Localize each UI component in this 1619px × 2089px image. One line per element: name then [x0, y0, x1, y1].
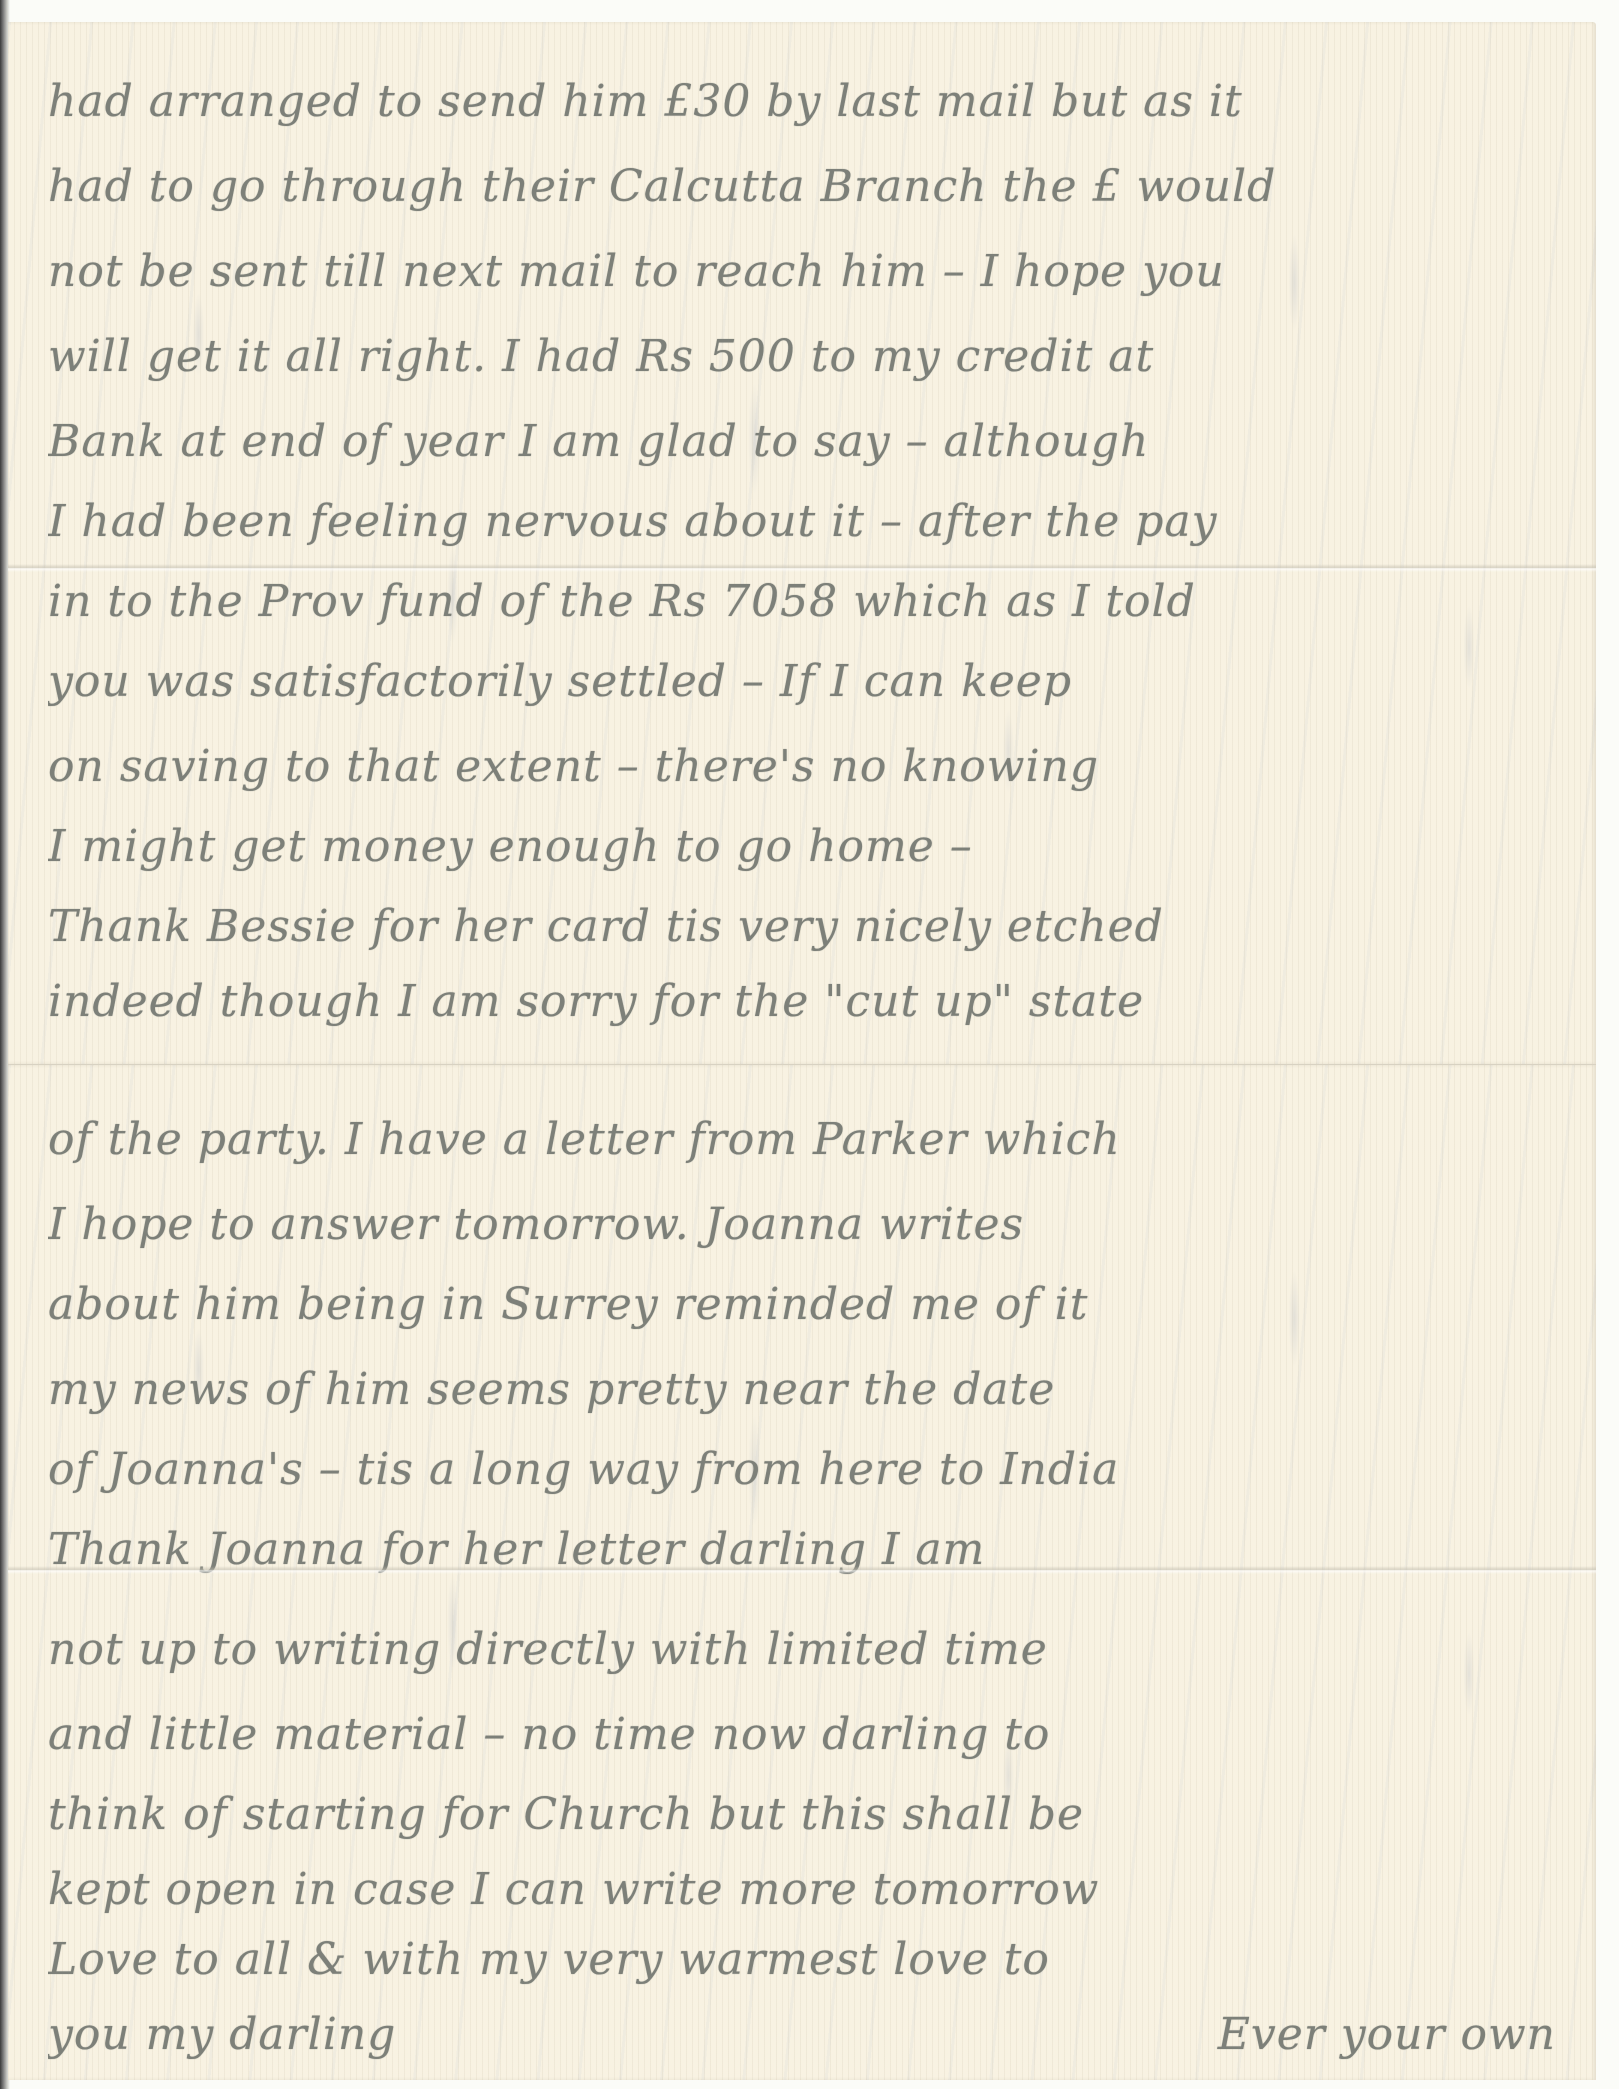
handwritten-line: Thank Joanna for her letter darling I am — [48, 1505, 1566, 1595]
handwritten-line: I might get money enough to go home – — [48, 802, 1566, 892]
handwritten-line: on saving to that extent – there's no kn… — [48, 722, 1566, 812]
paper-fold — [8, 1566, 1596, 1574]
handwritten-line: I had been feeling nervous about it – af… — [48, 477, 1566, 567]
handwritten-line: not be sent till next mail to reach him … — [48, 227, 1566, 317]
handwritten-line: not up to writing directly with limited … — [48, 1605, 1566, 1695]
handwritten-line: of Joanna's – tis a long way from here t… — [48, 1425, 1566, 1515]
handwritten-line: about him being in Surrey reminded me of… — [48, 1260, 1566, 1350]
handwritten-line: indeed though I am sorry for the "cut up… — [48, 957, 1566, 1047]
handwritten-line: had arranged to send him £30 by last mai… — [48, 57, 1566, 147]
handwritten-line: my news of him seems pretty near the dat… — [48, 1345, 1566, 1435]
letter-sheet-top: had arranged to send him £30 by last mai… — [8, 22, 1596, 1064]
handwritten-line: and little material – no time now darlin… — [48, 1690, 1566, 1780]
handwritten-line: I hope to answer tomorrow. Joanna writes — [48, 1180, 1566, 1270]
handwritten-line: of the party. I have a letter from Parke… — [48, 1095, 1566, 1185]
handwritten-line: will get it all right. I had Rs 500 to m… — [48, 312, 1566, 402]
handwritten-lines-top: had arranged to send him £30 by last mai… — [48, 22, 1566, 1064]
closing-signature: Ever your own — [48, 1990, 1566, 2080]
paper-fold — [8, 564, 1596, 572]
handwritten-line: had to go through their Calcutta Branch … — [48, 142, 1566, 232]
handwritten-line: Bank at end of year I am glad to say – a… — [48, 397, 1566, 487]
handwritten-line: you was satisfactorily settled – If I ca… — [48, 637, 1566, 727]
